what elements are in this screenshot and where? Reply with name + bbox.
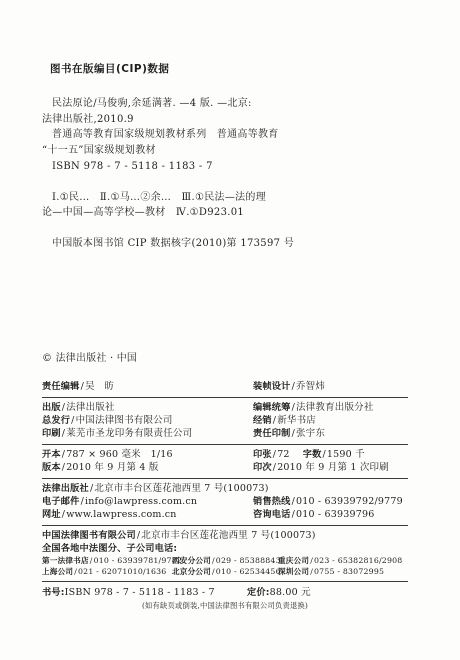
publishing-section: 出版/法律出版社 编辑统筹/法律教育出版分社 总发行/中国法律图书有限公司 经销… (42, 398, 408, 445)
book-number-value: ISBN 978 - 7 - 5118 - 1183 - 7 (65, 587, 215, 598)
branch-number: 0755 - 83072995 (314, 567, 384, 576)
branch-phone: 上海公司/021 - 62071010/1636 (42, 567, 166, 576)
contact-row: 电子邮件/info@lawpress.com.cn 销售热线/010 - 639… (42, 495, 408, 508)
website-field: 网址/www.lawpress.com.cn (42, 509, 177, 520)
branch-number: 010 - 62534456 (216, 567, 281, 576)
publisher-name: 法律出版社 (66, 402, 115, 413)
branch-phone-row: 第一法律书店/010 - 63939781/9782 西安分公司/029 - 8… (42, 555, 408, 566)
distributor-name: 中国法律图书有限公司 (76, 415, 173, 426)
hotline-value: 010 - 63939792/9779 (296, 496, 403, 507)
branch-phone: 西安分公司/029 - 85388843 (172, 555, 281, 566)
editor-name: 吴 昉 (85, 381, 114, 392)
book-size-label: 开本 (42, 449, 61, 460)
cip-body: 民法原论/马俊驹,余延满著. —4 版. —北京: 法律出版社,2010.9 普… (42, 96, 414, 252)
edition-label: 版本 (42, 462, 61, 473)
print-supervisor-name: 张宇东 (296, 428, 325, 439)
hotline-field: 销售热线/010 - 63939792/9779 (253, 495, 403, 508)
seller-field: 经销/新华书店 (253, 414, 316, 427)
branch-number: 029 - 85388843 (216, 556, 281, 565)
editor-field: 责任编辑/吴 昉 (42, 381, 114, 392)
email-field: 电子邮件/info@lawpress.com.cn (42, 496, 197, 507)
branch-name: 第一法律书店 (42, 556, 89, 565)
sheets-value: 72 (277, 449, 290, 460)
book-size-value: 787 × 960 毫米 1/16 (66, 449, 173, 460)
press-contact-section: 法律出版社/北京市丰台区莲花池西里 7 号(100073) 电子邮件/info@… (42, 479, 408, 526)
designer-label: 装帧设计 (253, 381, 291, 392)
branch-phone-row: 上海公司/021 - 62071010/1636 北京分公司/010 - 625… (42, 566, 408, 577)
cip-description-line: 民法原论/马俊驹,余延满著. —4 版. —北京: (42, 96, 414, 112)
publisher-label: 出版 (42, 402, 61, 413)
cip-classification-line: Ⅰ.①民… Ⅱ.①马…②余… Ⅲ.①民法—法的理 (42, 190, 414, 206)
branch-name: 上海公司 (42, 567, 73, 576)
company-address-row: 中国法律图书有限公司/北京市丰台区莲花池西里 7 号(100073) (42, 529, 408, 542)
cip-series-line: 普通高等教育国家级规划教材系列 普通高等教育 (42, 127, 414, 143)
credits-row: 责任编辑/吴 昉 装帧设计/乔智炜 (42, 380, 408, 393)
cip-title: 图书在版编目(CIP)数据 (50, 61, 169, 76)
impression-value: 2010 年 9 月第 1 次印刷 (277, 462, 389, 473)
publishing-row: 总发行/中国法律图书有限公司 经销/新华书店 (42, 414, 408, 427)
press-address-row: 法律出版社/北京市丰台区莲花池西里 7 号(100073) (42, 482, 408, 495)
isbn-price-row: 书号:ISBN 978 - 7 - 5118 - 1183 - 7 定价:88.… (42, 586, 408, 600)
designer-name: 乔智炜 (296, 381, 325, 392)
distributor-field: 总发行/中国法律图书有限公司 (42, 415, 173, 426)
cip-series-line: “十一五”国家级规划教材 (42, 143, 414, 159)
sheets-label: 印张 (253, 449, 272, 460)
impression-field: 印次/2010 年 9 月第 1 次印刷 (253, 461, 389, 474)
words-field: 字数/1590 千 (303, 449, 365, 460)
printer-name: 莱芜市圣龙印务有限责任公司 (66, 428, 192, 439)
copyright-notice: © 法律出版社 · 中国 (42, 349, 408, 364)
hotline-label: 销售热线 (253, 496, 291, 507)
website-value: www.lawpress.com.cn (66, 509, 176, 520)
publishing-row: 印刷/莱芜市圣龙印务有限责任公司 责任印制/张宇东 (42, 427, 408, 440)
format-row: 开本/787 × 960 毫米 1/16 印张/72字数/1590 千 (42, 448, 408, 461)
branches-intro-row: 全国各地中法图分、子公司电话: (42, 542, 408, 555)
distributor-label: 总发行 (42, 415, 70, 426)
book-number-label: 书号: (42, 587, 65, 598)
inquiry-label: 咨询电话 (253, 509, 291, 520)
cip-isbn-line: ISBN 978 - 7 - 5118 - 1183 - 7 (42, 159, 414, 175)
print-supervisor-field: 责任印制/张宇东 (253, 427, 325, 440)
price-value: 88.00 元 (270, 587, 311, 598)
sheets-words-field: 印张/72字数/1590 千 (253, 448, 365, 461)
website-label: 网址 (42, 509, 61, 520)
inquiry-field: 咨询电话/010 - 63939796 (253, 508, 375, 521)
company-label: 中国法律图书有限公司 (42, 530, 136, 541)
impression-label: 印次 (253, 462, 272, 473)
edition-value: 2010 年 9 月第 4 版 (66, 462, 158, 473)
designer-field: 装帧设计/乔智炜 (253, 380, 325, 393)
inquiry-value: 010 - 63939796 (296, 509, 375, 520)
branch-phone: 北京分公司/010 - 62534456 (172, 566, 281, 577)
branches-intro: 全国各地中法图分、子公司电话: (42, 543, 177, 554)
seller-name: 新华书店 (277, 415, 316, 426)
publisher-field: 出版/法律出版社 (42, 402, 115, 413)
coordinator-field: 编辑统筹/法律教育出版分社 (253, 401, 374, 414)
press-address-field: 法律出版社/北京市丰台区莲花池西里 7 号(100073) (42, 483, 269, 494)
edition-field: 版本/2010 年 9 月第 4 版 (42, 462, 159, 473)
branch-phone: 第一法律书店/010 - 63939781/9782 (42, 556, 182, 565)
press-label: 法律出版社 (42, 483, 89, 494)
words-value: 1590 千 (327, 449, 365, 460)
branch-phone: 深圳公司/0755 - 83072995 (278, 566, 384, 577)
return-policy-note: (如有缺页或倒装,中国法律图书有限公司负责退换) (42, 600, 408, 611)
credits-section: 责任编辑/吴 昉 装帧设计/乔智炜 (42, 377, 408, 398)
branch-name: 西安分公司 (172, 556, 211, 565)
branches-section: 中国法律图书有限公司/北京市丰台区莲花池西里 7 号(100073) 全国各地中… (42, 526, 408, 582)
branch-number: 010 - 63939781/9782 (94, 556, 182, 565)
format-row: 版本/2010 年 9 月第 4 版 印次/2010 年 9 月第 1 次印刷 (42, 461, 408, 474)
branch-phone: 重庆公司/023 - 65382816/2908 (278, 555, 402, 566)
branch-name: 北京分公司 (172, 567, 211, 576)
words-label: 字数 (303, 449, 322, 460)
company-address: 北京市丰台区莲花池西里 7 号(100073) (141, 530, 315, 541)
price-label: 定价: (247, 587, 270, 598)
coordinator-name: 法律教育出版分社 (296, 402, 374, 413)
branch-number: 021 - 62071010/1636 (78, 567, 166, 576)
branch-name: 深圳公司 (278, 567, 309, 576)
book-number-field: 书号:ISBN 978 - 7 - 5118 - 1183 - 7 (42, 587, 215, 598)
seller-label: 经销 (253, 415, 272, 426)
printer-field: 印刷/莱芜市圣龙印务有限责任公司 (42, 428, 192, 439)
coordinator-label: 编辑统筹 (253, 402, 291, 413)
cip-record-number: 中国版本图书馆 CIP 数据核字(2010)第 173597 号 (42, 236, 414, 252)
company-address-field: 中国法律图书有限公司/北京市丰台区莲花池西里 7 号(100073) (42, 530, 316, 541)
printer-label: 印刷 (42, 428, 61, 439)
cip-classification-line: 论—中国—高等学校—教材 Ⅳ.①D923.01 (42, 205, 414, 221)
print-supervisor-label: 责任印制 (253, 428, 291, 439)
colophon-page: 图书在版编目(CIP)数据 民法原论/马俊驹,余延满著. —4 版. —北京: … (0, 0, 460, 660)
email-value: info@lawpress.com.cn (85, 496, 197, 507)
publication-info: © 法律出版社 · 中国 责任编辑/吴 昉 装帧设计/乔智炜 出版/法律出版社 … (42, 349, 408, 611)
book-size-field: 开本/787 × 960 毫米 1/16 (42, 449, 173, 460)
email-label: 电子邮件 (42, 496, 80, 507)
format-section: 开本/787 × 960 毫米 1/16 印张/72字数/1590 千 版本/2… (42, 445, 408, 479)
branch-name: 重庆公司 (278, 556, 309, 565)
cip-description-line: 法律出版社,2010.9 (42, 112, 414, 128)
contact-row: 网址/www.lawpress.com.cn 咨询电话/010 - 639397… (42, 508, 408, 521)
price-field: 定价:88.00 元 (247, 586, 311, 600)
editor-label: 责任编辑 (42, 381, 80, 392)
press-address: 北京市丰台区莲花池西里 7 号(100073) (94, 483, 268, 494)
branch-number: 023 - 65382816/2908 (314, 556, 402, 565)
publishing-row: 出版/法律出版社 编辑统筹/法律教育出版分社 (42, 401, 408, 414)
